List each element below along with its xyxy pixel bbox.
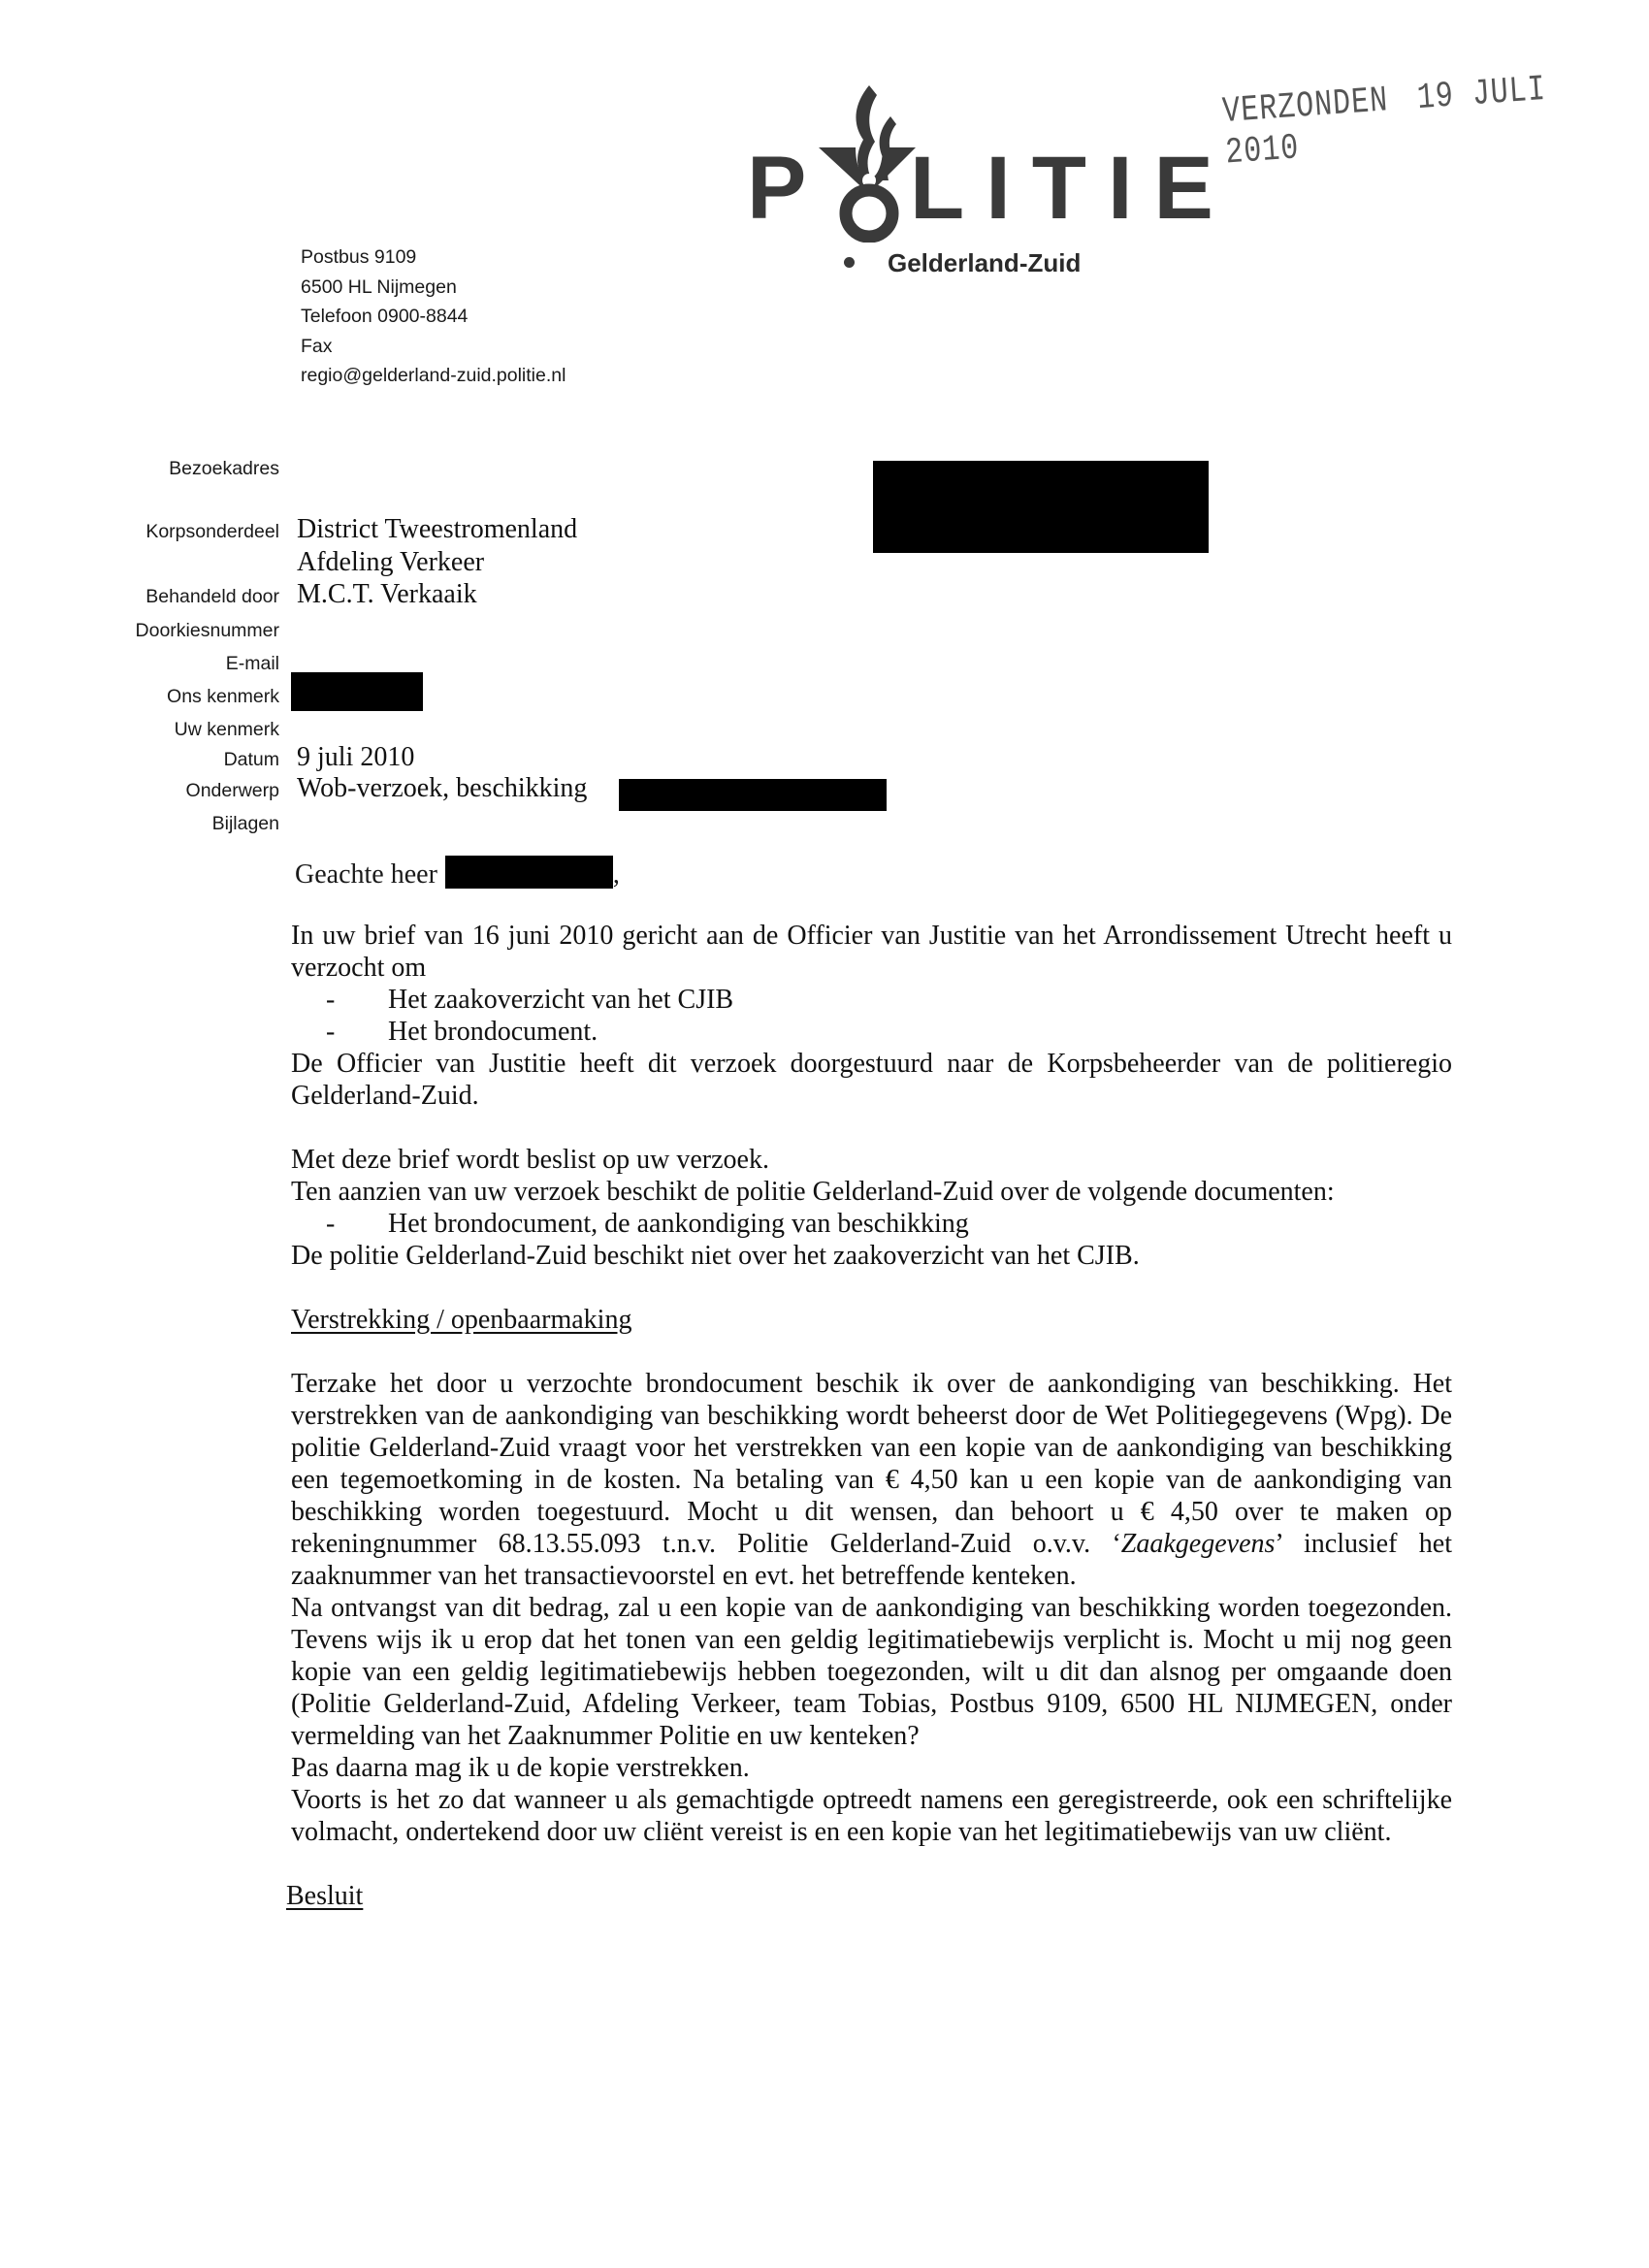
label-behandeld-door: Behandeld door bbox=[145, 586, 279, 608]
logo-word: LITIE bbox=[910, 144, 1235, 233]
list-item-text: Het brondocument. bbox=[388, 1016, 598, 1048]
address-line: 6500 HL Nijmegen bbox=[301, 273, 566, 303]
list-item: -Het brondocument, de aankondiging van b… bbox=[326, 1208, 1452, 1240]
value-korpsonderdeel-district: District Tweestromenland bbox=[297, 514, 577, 545]
dash-bullet-icon: - bbox=[326, 1016, 388, 1048]
paragraph-payment-italic: Zaakgegevens bbox=[1121, 1529, 1276, 1559]
sent-stamp: VERZONDEN19 JULI 2010 bbox=[1221, 63, 1648, 175]
address-line: Fax bbox=[301, 332, 566, 362]
list-item-text: Het brondocument, de aankondiging van be… bbox=[388, 1208, 969, 1240]
address-line: Telefoon 0900-8844 bbox=[301, 302, 566, 332]
paragraph-not-available: De politie Gelderland-Zuid beschikt niet… bbox=[291, 1240, 1452, 1272]
value-datum: 9 juli 2010 bbox=[297, 742, 414, 773]
label-bijlagen: Bijlagen bbox=[212, 813, 279, 835]
paragraph-identification-last: Pas daarna mag ik u de kopie verstrekken… bbox=[291, 1752, 1452, 1784]
label-ons-kenmerk: Ons kenmerk bbox=[167, 686, 279, 708]
list-item-text: Het zaakoverzicht van het CJIB bbox=[388, 984, 733, 1016]
redaction-onderwerp bbox=[619, 779, 887, 811]
label-doorkiesnummer: Doorkiesnummer bbox=[136, 620, 279, 642]
label-email: E-mail bbox=[226, 653, 279, 675]
address-line: Postbus 9109 bbox=[301, 243, 566, 273]
value-korpsonderdeel-afdeling: Afdeling Verkeer bbox=[297, 547, 484, 578]
region-label: Gelderland-Zuid bbox=[888, 248, 1081, 277]
dash-bullet-icon: - bbox=[326, 1208, 388, 1240]
paragraph-authorization: Voorts is het zo dat wanneer u als gemac… bbox=[291, 1784, 1452, 1848]
redaction-ons-kenmerk bbox=[291, 672, 423, 711]
region-name: Gelderland-Zuid bbox=[844, 248, 1081, 278]
section-heading-verstrekking: Verstrekking / openbaarmaking bbox=[291, 1304, 1452, 1336]
label-uw-kenmerk: Uw kenmerk bbox=[175, 719, 279, 741]
politie-emblem-icon bbox=[813, 78, 921, 243]
label-bezoekadres: Bezoekadres bbox=[169, 458, 279, 480]
bullet-dot-icon bbox=[844, 257, 855, 268]
list-item: -Het zaakoverzicht van het CJIB bbox=[326, 984, 1452, 1016]
paragraph-forwarded: De Officier van Justitie heeft dit verzo… bbox=[291, 1048, 1452, 1112]
paragraph-payment: Terzake het door u verzochte brondocumen… bbox=[291, 1368, 1452, 1592]
label-datum: Datum bbox=[224, 749, 279, 771]
list-item: -Het brondocument. bbox=[326, 1016, 1452, 1048]
salutation: Geachte heer, bbox=[295, 856, 620, 891]
redaction-recipient-name bbox=[445, 856, 613, 889]
dash-bullet-icon: - bbox=[326, 984, 388, 1016]
letter-body: In uw brief van 16 juni 2010 gericht aan… bbox=[291, 920, 1452, 1912]
redaction-recipient-address bbox=[873, 461, 1209, 553]
label-onderwerp: Onderwerp bbox=[186, 780, 279, 802]
politie-logo: P LITIE bbox=[747, 78, 1183, 243]
value-behandeld-door: M.C.T. Verkaaik bbox=[297, 579, 477, 610]
stamp-label: VERZONDEN bbox=[1221, 81, 1390, 133]
sender-address: Postbus 9109 6500 HL Nijmegen Telefoon 0… bbox=[301, 243, 566, 391]
logo-letter-p: P bbox=[747, 144, 827, 233]
salutation-comma: , bbox=[613, 859, 620, 890]
paragraph-decision-intro: Met deze brief wordt beslist op uw verzo… bbox=[291, 1144, 1452, 1176]
section-heading-besluit: Besluit bbox=[286, 1880, 1452, 1912]
paragraph-documents-intro: Ten aanzien van uw verzoek beschikt de p… bbox=[291, 1176, 1452, 1208]
paragraph-identification: Na ontvangst van dit bedrag, zal u een k… bbox=[291, 1592, 1452, 1752]
value-onderwerp: Wob-verzoek, beschikking bbox=[297, 773, 587, 804]
salutation-text: Geachte heer bbox=[295, 859, 437, 890]
address-line-email: regio@gelderland-zuid.politie.nl bbox=[301, 361, 566, 391]
label-korpsonderdeel: Korpsonderdeel bbox=[145, 521, 279, 543]
paragraph-request: In uw brief van 16 juni 2010 gericht aan… bbox=[291, 920, 1452, 984]
